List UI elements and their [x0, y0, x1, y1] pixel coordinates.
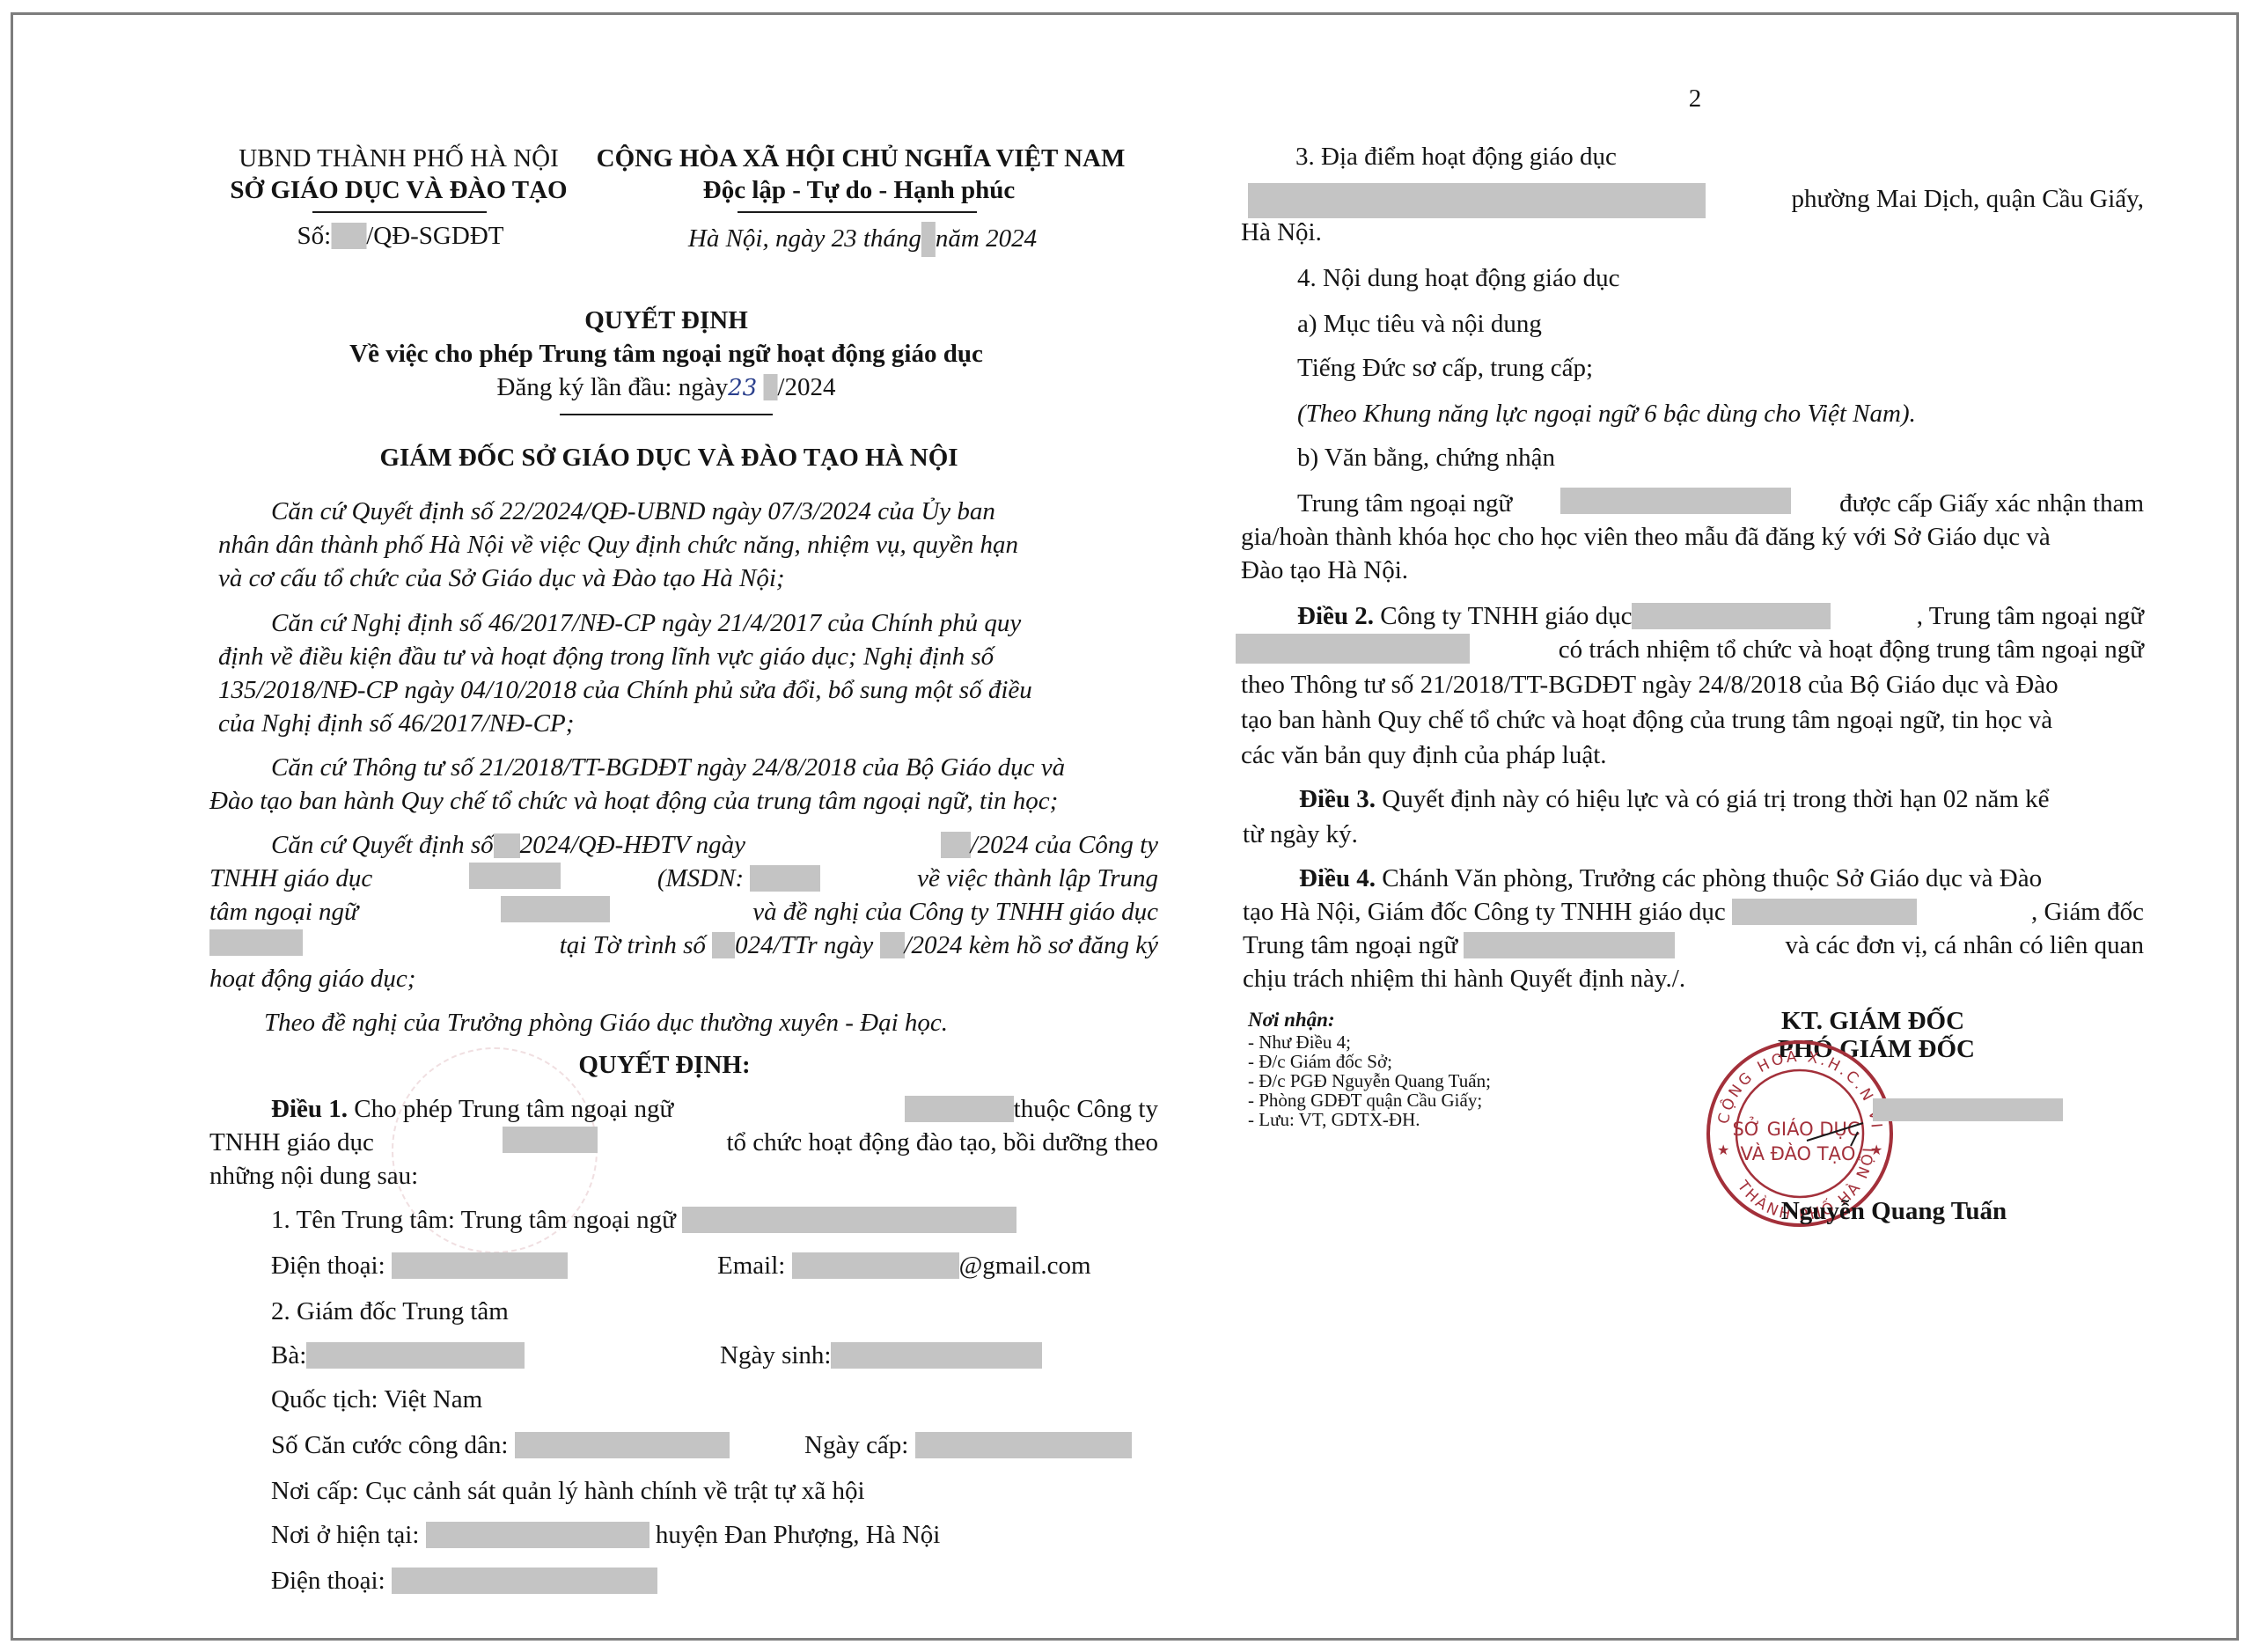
registration-date: Đăng ký lần đầu: ngày23 /2024: [497, 371, 836, 404]
basis-2-line: 135/2018/NĐ-CP ngày 04/10/2018 của Chính…: [218, 674, 1032, 706]
director-id: Số Căn cước công dân:: [271, 1429, 730, 1461]
svg-text:VÀ ĐÀO TẠO: VÀ ĐÀO TẠO: [1741, 1142, 1856, 1164]
header-left-rule: [312, 211, 487, 213]
svg-text:★: ★: [1870, 1143, 1882, 1158]
basis-1-line: Căn cứ Quyết định số 22/2024/QĐ-UBND ngà…: [271, 496, 995, 527]
redaction: [905, 1096, 1014, 1122]
redaction: [750, 865, 820, 892]
content-language: Tiếng Đức sơ cấp, trung cấp;: [1297, 352, 1593, 384]
redaction: [426, 1522, 649, 1548]
article-2-line: Điều 2. Công ty TNHH giáo dục , Trung tâ…: [1297, 600, 2144, 632]
svg-text:SỞ GIÁO DỤC: SỞ GIÁO DỤC: [1732, 1116, 1860, 1140]
redaction: [831, 1342, 1042, 1369]
redaction: [306, 1342, 525, 1369]
center-name: 1. Tên Trung tâm: Trung tâm ngoại ngữ: [271, 1204, 1016, 1236]
national-motto: Độc lập - Tự do - Hạnh phúc: [703, 174, 1016, 206]
certificate-line: Đào tạo Hà Nội.: [1241, 554, 1408, 586]
article-2-line: tạo ban hành Quy chế tổ chức và hoạt độn…: [1241, 704, 2052, 736]
redaction: [921, 222, 936, 257]
decision-heading: QUYẾT ĐỊNH:: [578, 1049, 750, 1081]
title-rule: [560, 414, 773, 415]
document-title: QUYẾT ĐỊNH: [584, 305, 748, 336]
redaction: [469, 863, 561, 889]
article-4-line: chịu trách nhiệm thi hành Quyết định này…: [1243, 963, 1685, 995]
article-1-line: Điều 1. Cho phép Trung tâm ngoại ngữ thu…: [271, 1093, 1158, 1125]
article-4-line: Trung tâm ngoại ngữ và các đơn vị, cá nh…: [1243, 929, 2144, 961]
national-title: CỘNG HÒA XÃ HỘI CHỦ NGHĨA VIỆT NAM: [597, 143, 1126, 174]
director-id-issue-date: Ngày cấp:: [804, 1429, 1132, 1461]
redaction: [209, 929, 303, 956]
center-email: Email: @gmail.com: [717, 1250, 1091, 1281]
director-phone: Điện thoại:: [271, 1565, 657, 1597]
agency-name: SỞ GIÁO DỤC VÀ ĐÀO TẠO: [230, 174, 567, 206]
redaction: [392, 1252, 568, 1279]
basis-4-line: Căn cứ Quyết định số2024/QĐ-HĐTV ngày /2…: [271, 829, 1158, 861]
article-4-line: tạo Hà Nội, Giám đốc Công ty TNHH giáo d…: [1243, 896, 2144, 928]
content-heading: 4. Nội dung hoạt động giáo dục: [1297, 262, 1619, 294]
redaction: [880, 932, 905, 958]
svg-text:★: ★: [1717, 1143, 1729, 1158]
center-phone: Điện thoại:: [271, 1250, 568, 1281]
basis-5: Theo đề nghị của Trưởng phòng Giáo dục t…: [264, 1007, 948, 1039]
basis-1-line: nhân dân thành phố Hà Nội về việc Quy đị…: [218, 529, 1018, 561]
basis-3-line: Đào tạo ban hành Quy chế tổ chức và hoạt…: [209, 785, 1058, 817]
basis-2-line: Căn cứ Nghị định số 46/2017/NĐ-CP ngày 2…: [271, 607, 1021, 639]
director-name: Bà:: [271, 1340, 525, 1371]
article-2-line: các văn bản quy định của pháp luật.: [1241, 739, 1607, 771]
director-nationality: Quốc tịch: Việt Nam: [271, 1384, 482, 1415]
signature-title: KT. GIÁM ĐỐC: [1781, 1005, 1964, 1037]
basis-4-line: hoạt động giáo dục;: [209, 963, 415, 995]
redaction: [712, 932, 735, 958]
basis-1-line: và cơ cấu tổ chức của Sở Giáo dục và Đào…: [218, 562, 785, 594]
article-2-line: có trách nhiệm tổ chức và hoạt động trun…: [1236, 634, 2144, 665]
redaction: [792, 1252, 959, 1279]
redaction: [682, 1207, 1016, 1233]
certificate-line: gia/hoàn thành khóa học cho học viên the…: [1241, 521, 2144, 553]
recipients-heading: Nơi nhận:: [1248, 1009, 1335, 1031]
svg-text:CỘNG HOÀ X.H.C.N VIỆT NAM: CỘNG HOÀ X.H.C.N VIỆT NAM: [1703, 1037, 1885, 1131]
basis-4-line: tại Tờ trình số 024/TTr ngày /2024 kèm h…: [209, 929, 1158, 961]
basis-2-line: của Nghị định số 46/2017/NĐ-CP;: [218, 708, 574, 739]
content-certificates: b) Văn bằng, chứng nhận: [1297, 442, 1555, 474]
redaction: [1248, 183, 1706, 218]
certificate-line: Trung tâm ngoại ngữ được cấp Giấy xác nh…: [1297, 488, 2144, 519]
article-4-line: Điều 4. Chánh Văn phòng, Trưởng các phòn…: [1299, 863, 2042, 894]
issue-date: Hà Nội, ngày 23 thángnăm 2024: [688, 222, 1037, 257]
location-heading: 3. Địa điểm hoạt động giáo dục: [1295, 141, 1617, 173]
redaction: [331, 223, 366, 249]
director-heading: 2. Giám đốc Trung tâm: [271, 1296, 509, 1327]
redaction: [941, 832, 971, 858]
redaction: [1632, 603, 1831, 629]
page-number: 2: [1689, 83, 1702, 114]
redaction: [915, 1432, 1132, 1458]
redaction: [1464, 932, 1675, 958]
agency-parent: UBND THÀNH PHỐ HÀ NỘI: [239, 143, 559, 174]
header-right-rule: [738, 211, 977, 213]
handwritten-day: 23: [728, 375, 757, 401]
redaction: [1560, 488, 1791, 514]
authority-heading: GIÁM ĐỐC SỞ GIÁO DỤC VÀ ĐÀO TẠO HÀ NỘI: [379, 442, 958, 474]
basis-2-line: định về điều kiện đầu tư và hoạt động tr…: [218, 641, 994, 672]
director-id-issued-by: Nơi cấp: Cục cảnh sát quản lý hành chính…: [271, 1475, 865, 1507]
article-1-line: những nội dung sau:: [209, 1160, 418, 1192]
document-subtitle: Về việc cho phép Trung tâm ngoại ngữ hoạ…: [349, 338, 983, 370]
redaction: [1732, 899, 1917, 925]
redaction: [503, 1127, 598, 1153]
redaction: [494, 833, 520, 858]
basis-3-line: Căn cứ Thông tư số 21/2018/TT-BGDĐT ngày…: [271, 752, 1065, 783]
article-1-line: TNHH giáo dục tổ chức hoạt động đào tạo,…: [209, 1127, 1158, 1158]
redaction: [392, 1568, 657, 1594]
redaction: [1236, 634, 1470, 664]
article-3-line: từ ngày ký.: [1243, 819, 1358, 850]
basis-4-line: tâm ngoại ngữ và đề nghị của Công ty TNH…: [209, 896, 1158, 928]
location-end: Hà Nội.: [1241, 217, 1322, 248]
director-residence: Nơi ở hiện tại: huyện Đan Phượng, Hà Nội: [271, 1519, 940, 1551]
content-objectives: a) Mục tiêu và nội dung: [1297, 308, 1542, 340]
director-dob: Ngày sinh:: [720, 1340, 1042, 1371]
content-framework: (Theo Khung năng lực ngoại ngữ 6 bậc dùn…: [1297, 398, 1916, 430]
redaction: [763, 374, 777, 400]
recipient-item: - Lưu: VT, GDTX-ĐH.: [1248, 1109, 1420, 1131]
document-number: Số:/QĐ-SGDĐT: [297, 220, 504, 252]
basis-4-line: TNHH giáo dục (MSDN: về việc thành lập T…: [209, 863, 1158, 894]
signer-name: Nguyễn Quang Tuấn: [1781, 1195, 2007, 1227]
redaction: [501, 896, 610, 922]
signature-redaction: [1873, 1098, 2063, 1121]
redaction: [515, 1432, 730, 1458]
article-2-line: theo Thông tư số 21/2018/TT-BGDĐT ngày 2…: [1241, 669, 2059, 701]
location-line: phường Mai Dịch, quận Cầu Giấy,: [1248, 183, 2144, 218]
article-3-line: Điều 3. Quyết định này có hiệu lực và có…: [1299, 783, 2050, 815]
